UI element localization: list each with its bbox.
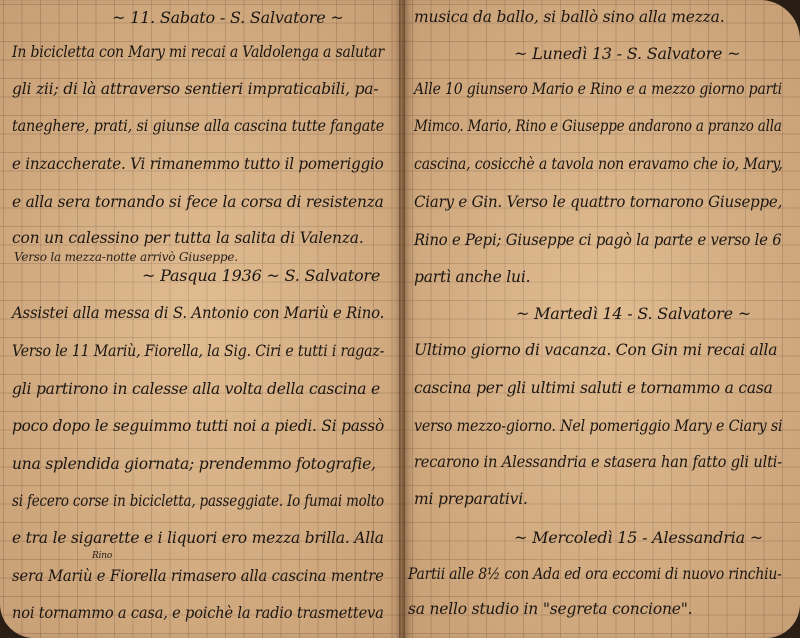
- text-line: verso mezzo-giorno. Nel pomeriggio Mary …: [414, 417, 782, 435]
- text-line: con un calessino per tutta la salita di …: [12, 229, 364, 247]
- text-line: Assistei alla messa di S. Antonio con Ma…: [12, 304, 384, 322]
- text-line: gli partirono in calesse alla volta dell…: [12, 380, 380, 398]
- text-line: Ciary e Gin. Verso le quattro tornarono …: [414, 193, 782, 211]
- notebook-gutter: [399, 0, 405, 638]
- entry-heading-easter: ~ Pasqua 1936 ~ S. Salvatore: [142, 266, 380, 285]
- text-line: noi tornammo a casa, e poichè la radio t…: [12, 604, 384, 622]
- superscript-insertion: Rino: [92, 551, 112, 561]
- text-line: Partii alle 8½ con Ada ed ora eccomi di …: [408, 565, 782, 583]
- text-line: e inzaccherate. Vi rimanemmo tutto il po…: [12, 155, 383, 173]
- entry-heading-tuesday: ~ Martedì 14 - S. Salvatore ~: [516, 304, 751, 323]
- text-line: gli zii; di là attraverso sentieri impra…: [12, 80, 378, 98]
- text-line: e tra le sigarette e i liquori ero mezza…: [12, 529, 384, 547]
- text-line: mi preparativi.: [414, 490, 528, 508]
- text-line: Mimco. Mario, Rino e Giuseppe andarono a…: [414, 117, 782, 135]
- text-line: poco dopo le seguimmo tutti noi a piedi.…: [12, 417, 384, 435]
- entry-heading-saturday: ~ 11. Sabato - S. Salvatore ~: [112, 8, 344, 27]
- entry-heading-monday: ~ Lunedì 13 - S. Salvatore ~: [514, 44, 740, 63]
- text-line: sa nello studio in "segreta concione".: [408, 600, 692, 618]
- notebook-spread: ~ 11. Sabato - S. Salvatore ~ In bicicle…: [0, 0, 800, 638]
- margin-note: Verso la mezza-notte arrivò Giuseppe.: [14, 250, 238, 264]
- text-line: musica da ballo, si ballò sino alla mezz…: [414, 8, 724, 26]
- entry-heading-wednesday: ~ Mercoledì 15 - Alessandria ~: [514, 528, 763, 547]
- text-line: cascina per gli ultimi saluti e tornammo…: [414, 379, 773, 397]
- text-line: Rino e Pepi; Giuseppe ci pagò la parte e…: [414, 231, 781, 249]
- text-line: partì anche lui.: [414, 268, 530, 286]
- text-line: Verso le 11 Mariù, Fiorella, la Sig. Cir…: [12, 342, 384, 360]
- text-line: recarono in Alessandria e stasera han fa…: [414, 453, 782, 471]
- text-line: una splendida giornata; prendemmo fotogr…: [12, 455, 376, 473]
- text-line: sera Mariù e Fiorella rimasero alla casc…: [12, 567, 384, 585]
- text-line: cascina, cosicchè a tavola non eravamo c…: [414, 155, 783, 173]
- text-line: In bicicletta con Mary mi recai a Valdol…: [12, 43, 384, 61]
- text-line: Ultimo giorno di vacanza. Con Gin mi rec…: [414, 341, 777, 359]
- text-line: taneghere, prati, si giunse alla cascina…: [12, 117, 384, 135]
- right-page: musica da ballo, si ballò sino alla mezz…: [402, 0, 800, 638]
- text-line: e alla sera tornando si fece la corsa di…: [12, 193, 384, 211]
- text-line: si fecero corse in bicicletta, passeggia…: [12, 492, 384, 510]
- text-line: Alle 10 giunsero Mario e Rino e a mezzo …: [414, 80, 782, 98]
- left-page: ~ 11. Sabato - S. Salvatore ~ In bicicle…: [0, 0, 402, 638]
